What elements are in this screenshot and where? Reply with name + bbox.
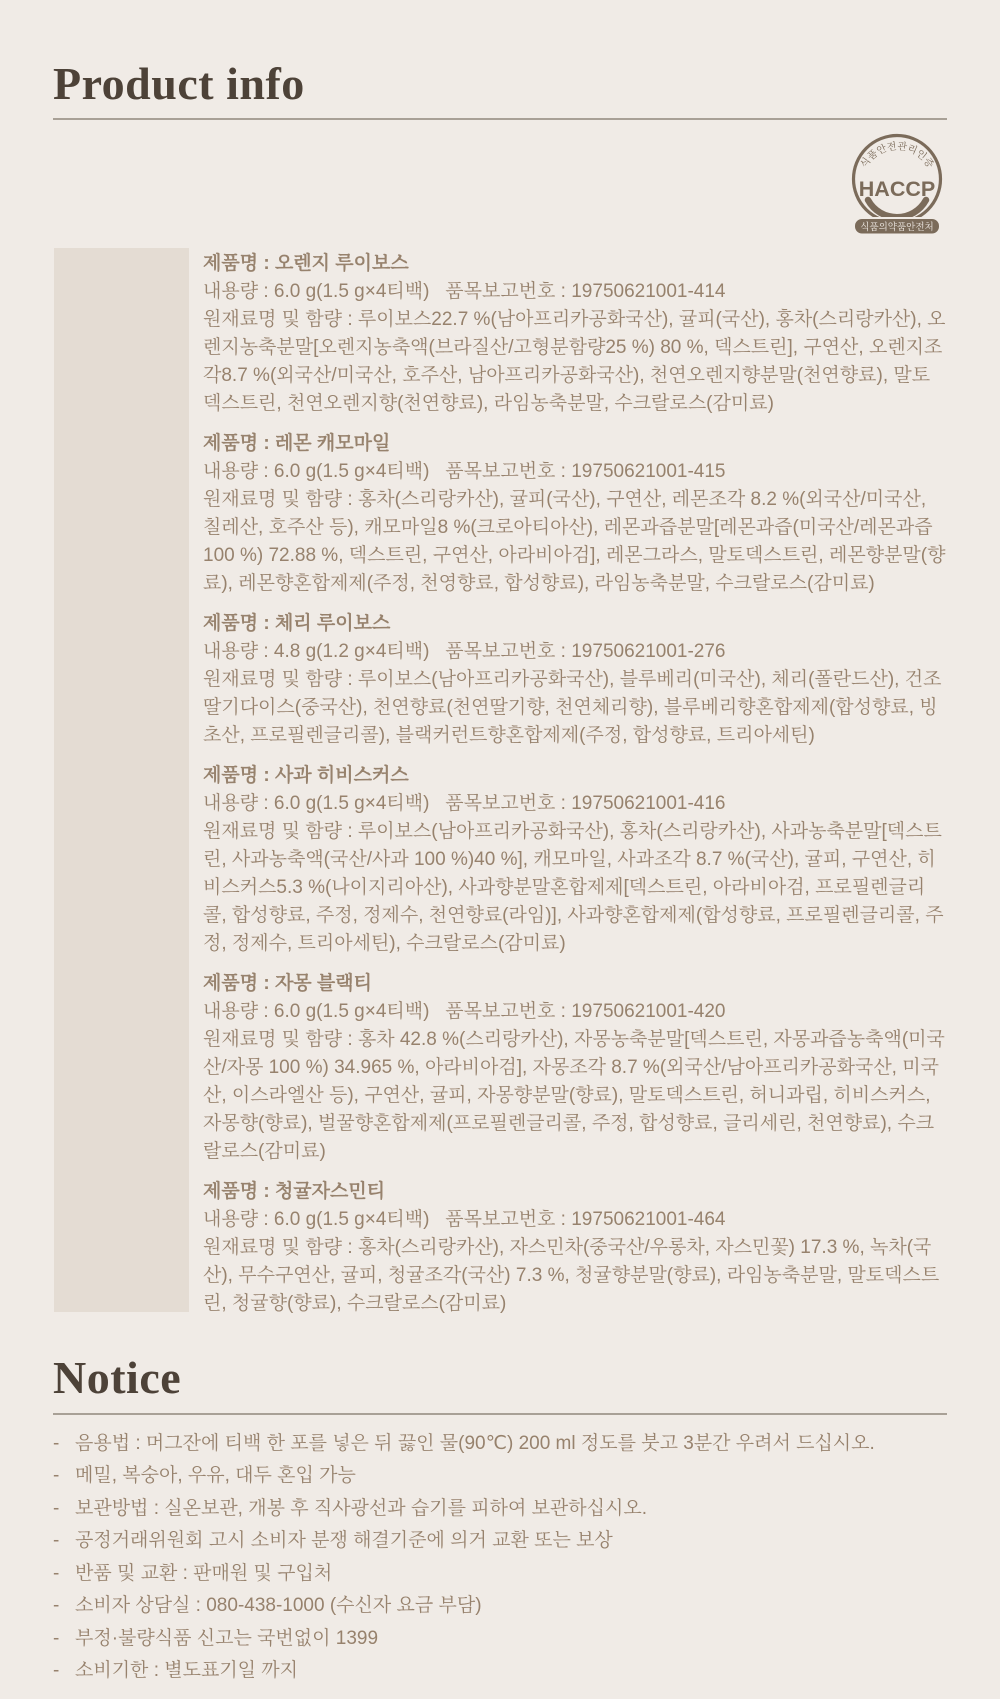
notice-text: 반품 및 교환 : 판매원 및 구입처 xyxy=(75,1558,947,1591)
product-size-line: 내용량 : 6.0 g(1.5 g×4티백) 품목보고번호 : 19750621… xyxy=(203,790,947,818)
product-block: 제품명 : 체리 루이보스 내용량 : 4.8 g(1.2 g×4티백) 품목보… xyxy=(203,610,947,750)
section-accent-bar xyxy=(54,248,189,1312)
notice-text: 음용법 : 머그잔에 티백 한 포를 넣은 뒤 끓인 물(90℃) 200 ml… xyxy=(75,1428,947,1461)
notice-item: - 보관방법 : 실온보관, 개봉 후 직사광선과 습기를 피하여 보관하십시오… xyxy=(53,1493,947,1526)
haccp-smile-arc xyxy=(868,200,926,217)
product-size-line: 내용량 : 6.0 g(1.5 g×4티백) 품목보고번호 : 19750621… xyxy=(203,1206,947,1234)
notice-item: - 소비기한 : 별도표기일 까지 xyxy=(53,1655,947,1688)
product-name-line: 제품명 : 체리 루이보스 xyxy=(203,610,947,638)
product-size-line: 내용량 : 6.0 g(1.5 g×4티백) 품목보고번호 : 19750621… xyxy=(203,278,947,306)
product-ingredients: 원재료명 및 함량 : 홍차(스리랑카산), 귤피(국산), 구연산, 레몬조각… xyxy=(203,486,947,598)
product-detail-page: Product info 식품안전관리인증 HACCP 식품의약품안전처 xyxy=(0,0,1000,1699)
product-block: 제품명 : 오렌지 루이보스 내용량 : 6.0 g(1.5 g×4티백) 품목… xyxy=(203,250,947,418)
notice-item: - 부정·불량식품 신고는 국번없이 1399 xyxy=(53,1623,947,1656)
product-size-line: 내용량 : 6.0 g(1.5 g×4티백) 품목보고번호 : 19750621… xyxy=(203,458,947,486)
products-area: 제품명 : 오렌지 루이보스 내용량 : 6.0 g(1.5 g×4티백) 품목… xyxy=(53,250,947,1318)
notice-text: 공정거래위원회 고시 소비자 분쟁 해결기준에 의거 교환 또는 보상 xyxy=(75,1525,947,1558)
product-ingredients: 원재료명 및 함량 : 루이보스22.7 %(남아프리카공화국산), 귤피(국산… xyxy=(203,306,947,418)
product-ingredients: 원재료명 및 함량 : 홍차(스리랑카산), 자스민차(중국산/우롱차, 자스민… xyxy=(203,1234,947,1318)
notice-text: 소비기한 : 별도표기일 까지 xyxy=(75,1655,947,1688)
dash-bullet: - xyxy=(53,1460,75,1493)
product-info-section: Product info 식품안전관리인증 HACCP 식품의약품안전처 xyxy=(53,60,947,1318)
product-name-line: 제품명 : 청귤자스민티 xyxy=(203,1178,947,1206)
product-block: 제품명 : 자몽 블랙티 내용량 : 6.0 g(1.5 g×4티백) 품목보고… xyxy=(203,970,947,1166)
notice-text: 소비자 상담실 : 080-438-1000 (수신자 요금 부담) xyxy=(75,1590,947,1623)
product-size-line: 내용량 : 4.8 g(1.2 g×4티백) 품목보고번호 : 19750621… xyxy=(203,638,947,666)
dash-bullet: - xyxy=(53,1558,75,1591)
dash-bullet: - xyxy=(53,1525,75,1558)
haccp-badge: 식품안전관리인증 HACCP 식품의약품안전처 xyxy=(847,132,947,236)
haccp-main-text: HACCP xyxy=(859,177,935,201)
product-list: 제품명 : 오렌지 루이보스 내용량 : 6.0 g(1.5 g×4티백) 품목… xyxy=(203,250,947,1318)
product-block: 제품명 : 사과 히비스커스 내용량 : 6.0 g(1.5 g×4티백) 품목… xyxy=(203,762,947,958)
haccp-badge-icon: 식품안전관리인증 HACCP 식품의약품안전처 xyxy=(847,132,947,236)
notice-item: - 공정거래위원회 고시 소비자 분쟁 해결기준에 의거 교환 또는 보상 xyxy=(53,1525,947,1558)
haccp-bottom-text: 식품의약품안전처 xyxy=(860,221,933,233)
dash-bullet: - xyxy=(53,1428,75,1461)
product-ingredients: 원재료명 및 함량 : 루이보스(남아프리카공화국산), 블루베리(미국산), … xyxy=(203,666,947,750)
product-meta: 식품안전관리인증 HACCP 식품의약품안전처 xyxy=(53,120,947,236)
notice-item: - 메밀, 복숭아, 우유, 대두 혼입 가능 xyxy=(53,1460,947,1493)
notice-item: - 반품 및 교환 : 판매원 및 구입처 xyxy=(53,1558,947,1591)
product-name-line: 제품명 : 사과 히비스커스 xyxy=(203,762,947,790)
dash-bullet: - xyxy=(53,1655,75,1688)
notice-title: Notice xyxy=(53,1354,947,1402)
notice-list: - 음용법 : 머그잔에 티백 한 포를 넣은 뒤 끓인 물(90℃) 200 … xyxy=(53,1415,947,1688)
product-ingredients: 원재료명 및 함량 : 홍차 42.8 %(스리랑카산), 자몽농축분말[덱스트… xyxy=(203,1026,947,1166)
product-size-line: 내용량 : 6.0 g(1.5 g×4티백) 품목보고번호 : 19750621… xyxy=(203,998,947,1026)
product-block: 제품명 : 청귤자스민티 내용량 : 6.0 g(1.5 g×4티백) 품목보고… xyxy=(203,1178,947,1318)
product-name-line: 제품명 : 레몬 캐모마일 xyxy=(203,430,947,458)
product-info-title: Product info xyxy=(53,60,947,108)
dash-bullet: - xyxy=(53,1623,75,1656)
product-name-line: 제품명 : 오렌지 루이보스 xyxy=(203,250,947,278)
notice-text: 부정·불량식품 신고는 국번없이 1399 xyxy=(75,1623,947,1656)
notice-item: - 소비자 상담실 : 080-438-1000 (수신자 요금 부담) xyxy=(53,1590,947,1623)
notice-text: 메밀, 복숭아, 우유, 대두 혼입 가능 xyxy=(75,1460,947,1493)
dash-bullet: - xyxy=(53,1493,75,1526)
notice-section: Notice - 음용법 : 머그잔에 티백 한 포를 넣은 뒤 끓인 물(90… xyxy=(53,1354,947,1687)
notice-text: 보관방법 : 실온보관, 개봉 후 직사광선과 습기를 피하여 보관하십시오. xyxy=(75,1493,947,1526)
dash-bullet: - xyxy=(53,1590,75,1623)
notice-item: - 음용법 : 머그잔에 티백 한 포를 넣은 뒤 끓인 물(90℃) 200 … xyxy=(53,1428,947,1461)
product-name-line: 제품명 : 자몽 블랙티 xyxy=(203,970,947,998)
product-ingredients: 원재료명 및 함량 : 루이보스(남아프리카공화국산), 홍차(스리랑카산), … xyxy=(203,818,947,958)
product-block: 제품명 : 레몬 캐모마일 내용량 : 6.0 g(1.5 g×4티백) 품목보… xyxy=(203,430,947,598)
